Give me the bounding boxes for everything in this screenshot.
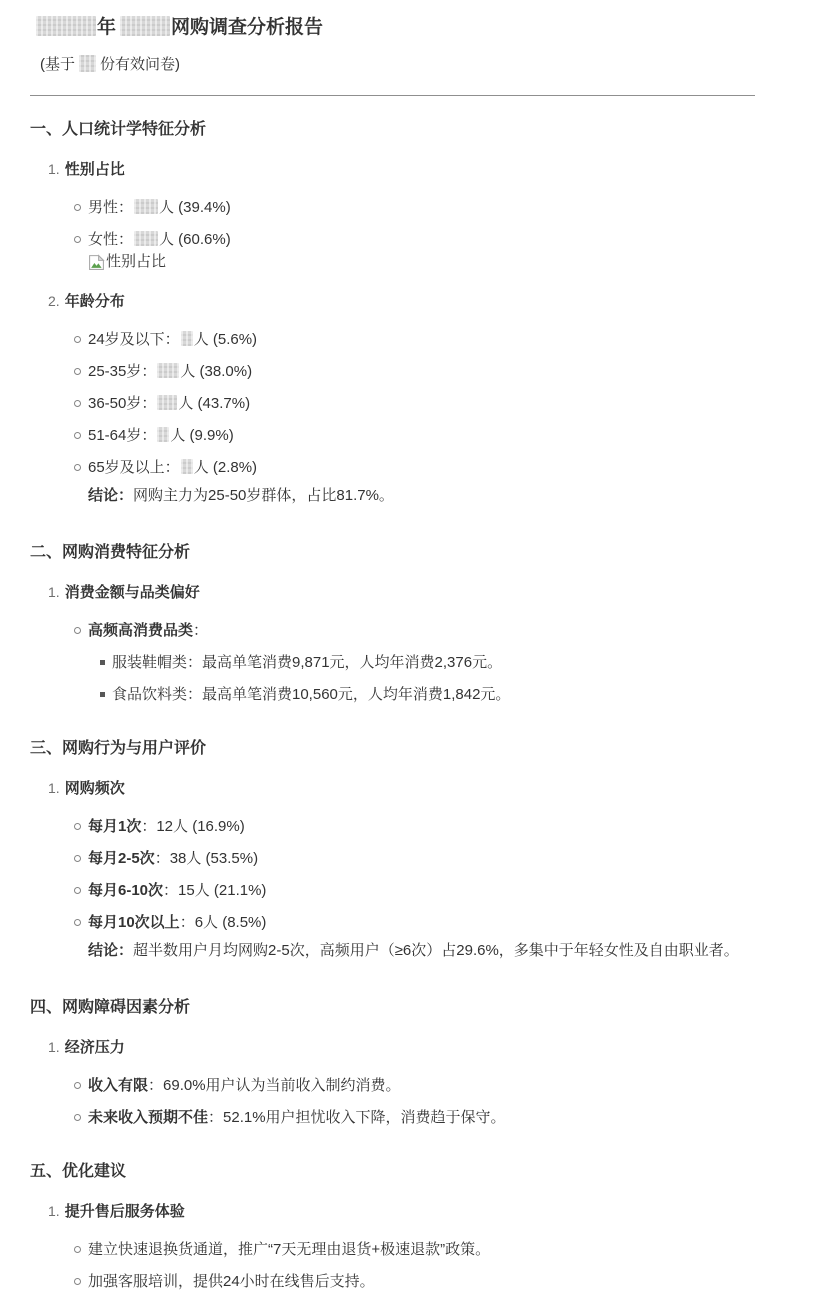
list-item-age-51-64: 51-64岁：人 (9.9%) — [30, 425, 755, 446]
list-item-title: 消费金额与品类偏好 — [65, 584, 200, 601]
list-item-freq-1: 每月1次：12人 (16.9%) — [30, 816, 755, 837]
redacted-value-block — [134, 231, 158, 246]
list-item-female: 女性：人 (60.6%) — [30, 229, 755, 250]
item-label: 每月1次 — [88, 818, 141, 835]
conclusion-text: 网购主力为25-50岁群体，占比81.7%。 — [133, 487, 394, 504]
item-value: 人 (5.6%) — [194, 331, 257, 348]
item-value: 人 (9.9%) — [170, 427, 233, 444]
item-label: 高频高消费品类 — [88, 622, 193, 639]
list-item-freq-2-5: 每月2-5次：38人 (53.5%) — [30, 848, 755, 869]
item-label: 65岁及以上： — [88, 459, 180, 476]
title-year-suffix: 年 — [97, 17, 116, 38]
list-item-aftersales: 1.提升售后服务体验 — [48, 1201, 755, 1222]
subtitle: (基于份有效问卷) — [40, 55, 755, 75]
divider — [30, 95, 755, 96]
list-item-income-outlook: 未来收入预期不佳：52.1%用户担忧收入下降，消费趋于保守。 — [30, 1107, 755, 1128]
conclusion-frequency: 结论：超半数用户月均网购2-5次，高频用户（≥6次）占29.6%，多集中于年轻女… — [30, 937, 755, 964]
subtitle-suffix: 份有效问卷) — [100, 56, 180, 73]
item-value: ：38人 (53.5%) — [155, 850, 258, 867]
redacted-value-block — [181, 331, 193, 346]
section-heading-barriers: 四、网购障碍因素分析 — [30, 998, 755, 1018]
list-item-age-over65: 65岁及以上：人 (2.8%) — [30, 457, 755, 478]
list-item-title: 年龄分布 — [65, 293, 125, 310]
redacted-subject-block — [120, 16, 170, 36]
list-number: 2. — [48, 293, 65, 309]
item-label: 24岁及以下： — [88, 331, 180, 348]
list-number: 1. — [48, 584, 65, 600]
list-item-economic-pressure: 1.经济压力 — [48, 1037, 755, 1058]
list-number: 1. — [48, 1203, 65, 1219]
section-heading-consumption: 二、网购消费特征分析 — [30, 543, 755, 563]
list-item-age-36-50: 36-50岁：人 (43.7%) — [30, 393, 755, 414]
item-text: 服装鞋帽类：最高单笔消费9,871元，人均年消费2,376元。 — [112, 654, 502, 671]
item-label: 51-64岁： — [88, 427, 156, 444]
section-heading-demographics: 一、人口统计学特征分析 — [30, 120, 755, 140]
list-number: 1. — [48, 161, 65, 177]
image-alt-text: 性别占比 — [106, 252, 166, 272]
conclusion-label: 结论： — [88, 942, 133, 959]
list-item-title: 经济压力 — [65, 1039, 125, 1056]
item-label: 每月2-5次 — [88, 850, 155, 867]
list-item-gender-ratio: 1.性别占比 — [48, 159, 755, 180]
item-value: ：52.1%用户担忧收入下降，消费趋于保守。 — [208, 1109, 506, 1126]
item-value: 人 (2.8%) — [194, 459, 257, 476]
conclusion-age: 结论：网购主力为25-50岁群体，占比81.7%。 — [30, 482, 755, 509]
list-item-age-distribution: 2.年龄分布 — [48, 291, 755, 312]
list-item-freq-6-10: 每月6-10次：15人 (21.1%) — [30, 880, 755, 901]
item-label: 36-50岁： — [88, 395, 156, 412]
item-text: 加强客服培训，提供24小时在线售后支持。 — [88, 1273, 375, 1290]
list-item-spend-preference: 1.消费金额与品类偏好 — [48, 582, 755, 603]
list-item-high-freq-categories: 高频高消费品类： — [30, 620, 755, 641]
list-item-frequency: 1.网购频次 — [48, 778, 755, 799]
item-value: 人 (38.0%) — [180, 363, 252, 380]
list-item-apparel: 服装鞋帽类：最高单笔消费9,871元，人均年消费2,376元。 — [30, 652, 755, 673]
item-value: 人 (60.6%) — [159, 231, 231, 248]
section-heading-suggestions: 五、优化建议 — [30, 1162, 755, 1182]
suggestion-rows: 建立快速退换货通道，推广“7天无理由退货+极速退款”政策。 加强客服培训，提供2… — [30, 1239, 755, 1292]
section-heading-behavior: 三、网购行为与用户评价 — [30, 739, 755, 759]
gender-rows: 男性：人 (39.4%) 女性：人 (60.6%) — [30, 197, 755, 250]
item-value: ：15人 (21.1%) — [163, 882, 266, 899]
title-main: 网购调查分析报告 — [171, 17, 323, 38]
list-item-title: 网购频次 — [65, 780, 125, 797]
list-item-limited-income: 收入有限：69.0%用户认为当前收入制约消费。 — [30, 1075, 755, 1096]
redacted-value-block — [134, 199, 158, 214]
redacted-count-block — [79, 55, 96, 72]
list-item-freq-over10: 每月10次以上：6人 (8.5%) — [30, 912, 755, 933]
broken-image-icon — [88, 254, 105, 271]
item-value: 人 (43.7%) — [178, 395, 250, 412]
item-value: ：12人 (16.9%) — [141, 818, 244, 835]
list-number: 1. — [48, 1039, 65, 1055]
subtitle-prefix: (基于 — [40, 56, 75, 73]
conclusion-label: 结论： — [88, 487, 133, 504]
conclusion-text: 超半数用户月均网购2-5次，高频用户（≥6次）占29.6%，多集中于年轻女性及自… — [133, 942, 739, 959]
item-value: ：6人 (8.5%) — [180, 914, 267, 931]
list-item-male: 男性：人 (39.4%) — [30, 197, 755, 218]
frequency-rows: 每月1次：12人 (16.9%) 每月2-5次：38人 (53.5%) 每月6-… — [30, 816, 755, 933]
list-item-food-beverage: 食品饮料类：最高单笔消费10,560元，人均年消费1,842元。 — [30, 684, 755, 705]
list-item-return-channel: 建立快速退换货通道，推广“7天无理由退货+极速退款”政策。 — [30, 1239, 755, 1260]
item-value: ：69.0%用户认为当前收入制约消费。 — [148, 1077, 401, 1094]
item-label: 每月6-10次 — [88, 882, 163, 899]
redacted-value-block — [157, 427, 169, 442]
item-label: 收入有限 — [88, 1077, 148, 1094]
item-label: 25-35岁： — [88, 363, 156, 380]
item-text: 食品饮料类：最高单笔消费10,560元，人均年消费1,842元。 — [112, 686, 510, 703]
item-label: 男性： — [88, 199, 133, 216]
age-rows: 24岁及以下：人 (5.6%) 25-35岁：人 (38.0%) 36-50岁：… — [30, 329, 755, 478]
item-colon: ： — [193, 622, 208, 639]
redacted-value-block — [157, 395, 177, 410]
page-title: 年网购调查分析报告 — [36, 16, 755, 40]
category-rows: 高频高消费品类： — [30, 620, 755, 641]
redacted-value-block — [157, 363, 179, 378]
item-text: 建立快速退换货通道，推广“7天无理由退货+极速退款”政策。 — [88, 1241, 490, 1258]
list-item-title: 提升售后服务体验 — [65, 1203, 185, 1220]
item-label: 未来收入预期不佳 — [88, 1109, 208, 1126]
broken-image-line: 性别占比 — [30, 252, 755, 272]
item-value: 人 (39.4%) — [159, 199, 231, 216]
list-item-age-25-35: 25-35岁：人 (38.0%) — [30, 361, 755, 382]
redacted-year-block — [36, 16, 96, 36]
item-label: 女性： — [88, 231, 133, 248]
item-label: 每月10次以上 — [88, 914, 180, 931]
barrier-rows: 收入有限：69.0%用户认为当前收入制约消费。 未来收入预期不佳：52.1%用户… — [30, 1075, 755, 1128]
list-number: 1. — [48, 780, 65, 796]
list-item-age-under24: 24岁及以下：人 (5.6%) — [30, 329, 755, 350]
list-item-title: 性别占比 — [65, 161, 125, 178]
redacted-value-block — [181, 459, 193, 474]
list-item-customer-service: 加强客服培训，提供24小时在线售后支持。 — [30, 1271, 755, 1292]
report-document: 年网购调查分析报告 (基于份有效问卷) 一、人口统计学特征分析 1.性别占比 男… — [30, 16, 755, 1292]
